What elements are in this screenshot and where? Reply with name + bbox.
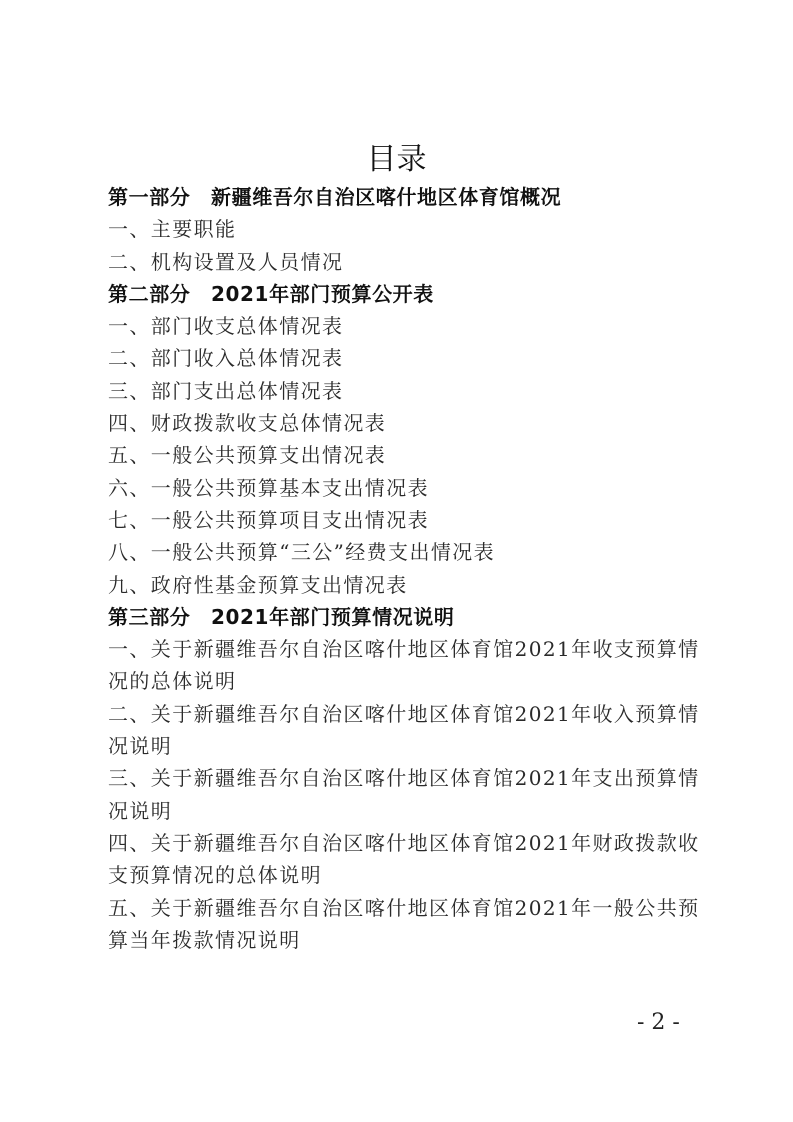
page-number: - 2 - xyxy=(637,1008,680,1038)
toc-item-continuation: 况的总体说明 xyxy=(108,665,698,697)
toc-section-heading: 第二部分 2021年部门预算公开表 xyxy=(108,278,698,310)
toc-section-heading: 第一部分 新疆维吾尔自治区喀什地区体育馆概况 xyxy=(108,181,698,213)
toc-item-continuation: 算当年拨款情况说明 xyxy=(108,924,698,956)
toc-item: 一、主要职能 xyxy=(108,213,698,245)
toc-item: 一、部门收支总体情况表 xyxy=(108,310,698,342)
toc-item: 七、一般公共预算项目支出情况表 xyxy=(108,504,698,536)
toc-item: 六、一般公共预算基本支出情况表 xyxy=(108,472,698,504)
toc-item: 四、财政拨款收支总体情况表 xyxy=(108,407,698,439)
toc-item: 九、政府性基金预算支出情况表 xyxy=(108,569,698,601)
toc-item: 三、部门支出总体情况表 xyxy=(108,375,698,407)
toc-item-continuation: 况说明 xyxy=(108,795,698,827)
toc-item: 四、关于新疆维吾尔自治区喀什地区体育馆2021年财政拨款收 xyxy=(108,827,698,859)
toc-item: 五、一般公共预算支出情况表 xyxy=(108,439,698,471)
toc-item-continuation: 况说明 xyxy=(108,730,698,762)
table-of-contents: 第一部分 新疆维吾尔自治区喀什地区体育馆概况 一、主要职能 二、机构设置及人员情… xyxy=(108,181,698,956)
toc-item: 一、关于新疆维吾尔自治区喀什地区体育馆2021年收支预算情 xyxy=(108,633,698,665)
toc-item: 二、部门收入总体情况表 xyxy=(108,342,698,374)
page-title: 目录 xyxy=(0,140,793,180)
toc-item-continuation: 支预算情况的总体说明 xyxy=(108,859,698,891)
toc-item: 二、关于新疆维吾尔自治区喀什地区体育馆2021年收入预算情 xyxy=(108,698,698,730)
toc-item: 二、机构设置及人员情况 xyxy=(108,246,698,278)
toc-section-heading: 第三部分 2021年部门预算情况说明 xyxy=(108,601,698,633)
toc-item: 三、关于新疆维吾尔自治区喀什地区体育馆2021年支出预算情 xyxy=(108,762,698,794)
toc-item: 八、一般公共预算“三公”经费支出情况表 xyxy=(108,536,698,568)
toc-item: 五、关于新疆维吾尔自治区喀什地区体育馆2021年一般公共预 xyxy=(108,892,698,924)
